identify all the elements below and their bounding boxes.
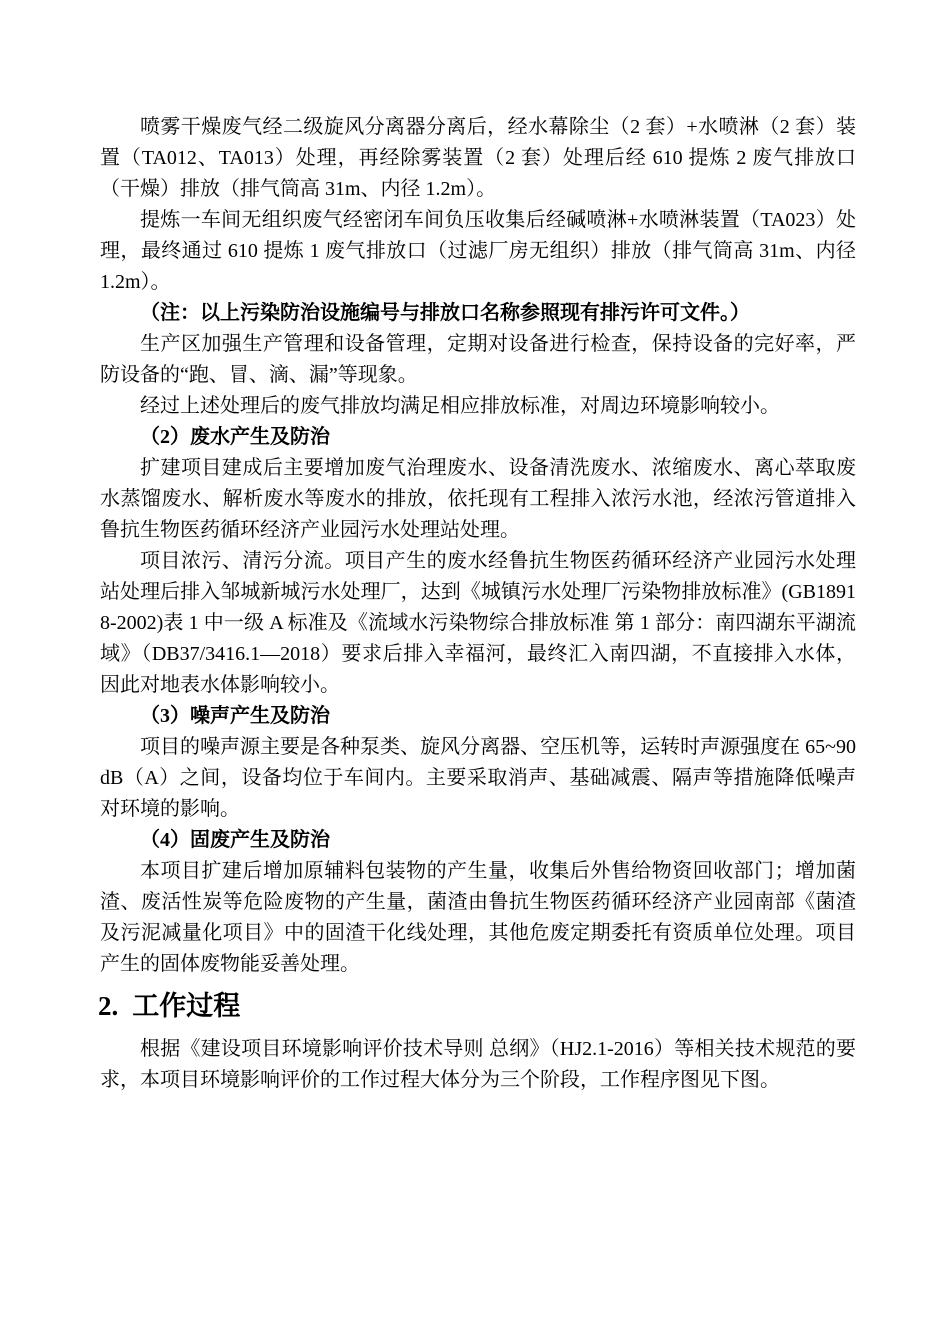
paragraph-noise-sources: 项目的噪声源主要是各种泵类、旋风分离器、空压机等，运转时声源强度在 65~90d…	[100, 732, 856, 825]
paragraph-solid-waste-handling: 本项目扩建后增加原辅料包装物的产生量，收集后外售给物资回收部门；增加菌渣、废活性…	[100, 856, 856, 980]
paragraph-production-area-management: 生产区加强生产管理和设备管理，定期对设备进行检查，保持设备的完好率，严防设备的“…	[100, 329, 856, 391]
paragraph-exhaust-conclusion: 经过上述处理后的废气排放均满足相应排放标准，对周边环境影响较小。	[100, 391, 856, 422]
chapter-heading-work-process: 2.工作过程	[98, 986, 856, 1026]
paragraph-wastewater-treatment-standards: 项目浓污、清污分流。项目产生的废水经鲁抗生物医药循环经济产业园污水处理站处理后排…	[100, 546, 856, 701]
document-body: 喷雾干燥废气经二级旋风分离器分离后，经水幕除尘（2 套）+水喷淋（2 套）装置（…	[100, 112, 856, 1096]
subheading-noise: （3）噪声产生及防治	[100, 701, 856, 732]
paragraph-work-process-intro: 根据《建设项目环境影响评价技术导则 总纲》（HJ2.1-2016）等相关技术规范…	[100, 1034, 856, 1096]
paragraph-refinery1-fugitive-exhaust: 提炼一车间无组织废气经密闭车间负压收集后经碱喷淋+水喷淋装置（TA023）处理，…	[100, 205, 856, 298]
document-page: 喷雾干燥废气经二级旋风分离器分离后，经水幕除尘（2 套）+水喷淋（2 套）装置（…	[0, 0, 950, 1344]
chapter-number: 2.	[98, 986, 118, 1026]
paragraph-wastewater-sources: 扩建项目建成后主要增加废气治理废水、设备清洗废水、浓缩废水、离心萃取废水蒸馏废水…	[100, 453, 856, 546]
chapter-title: 工作过程	[132, 991, 240, 1021]
paragraph-spray-drying-exhaust: 喷雾干燥废气经二级旋风分离器分离后，经水幕除尘（2 套）+水喷淋（2 套）装置（…	[100, 112, 856, 205]
subheading-wastewater: （2）废水产生及防治	[100, 422, 856, 453]
note-pollution-control-numbering: （注：以上污染防治设施编号与排放口名称参照现有排污许可文件。）	[100, 298, 856, 329]
subheading-solid-waste: （4）固废产生及防治	[100, 825, 856, 856]
